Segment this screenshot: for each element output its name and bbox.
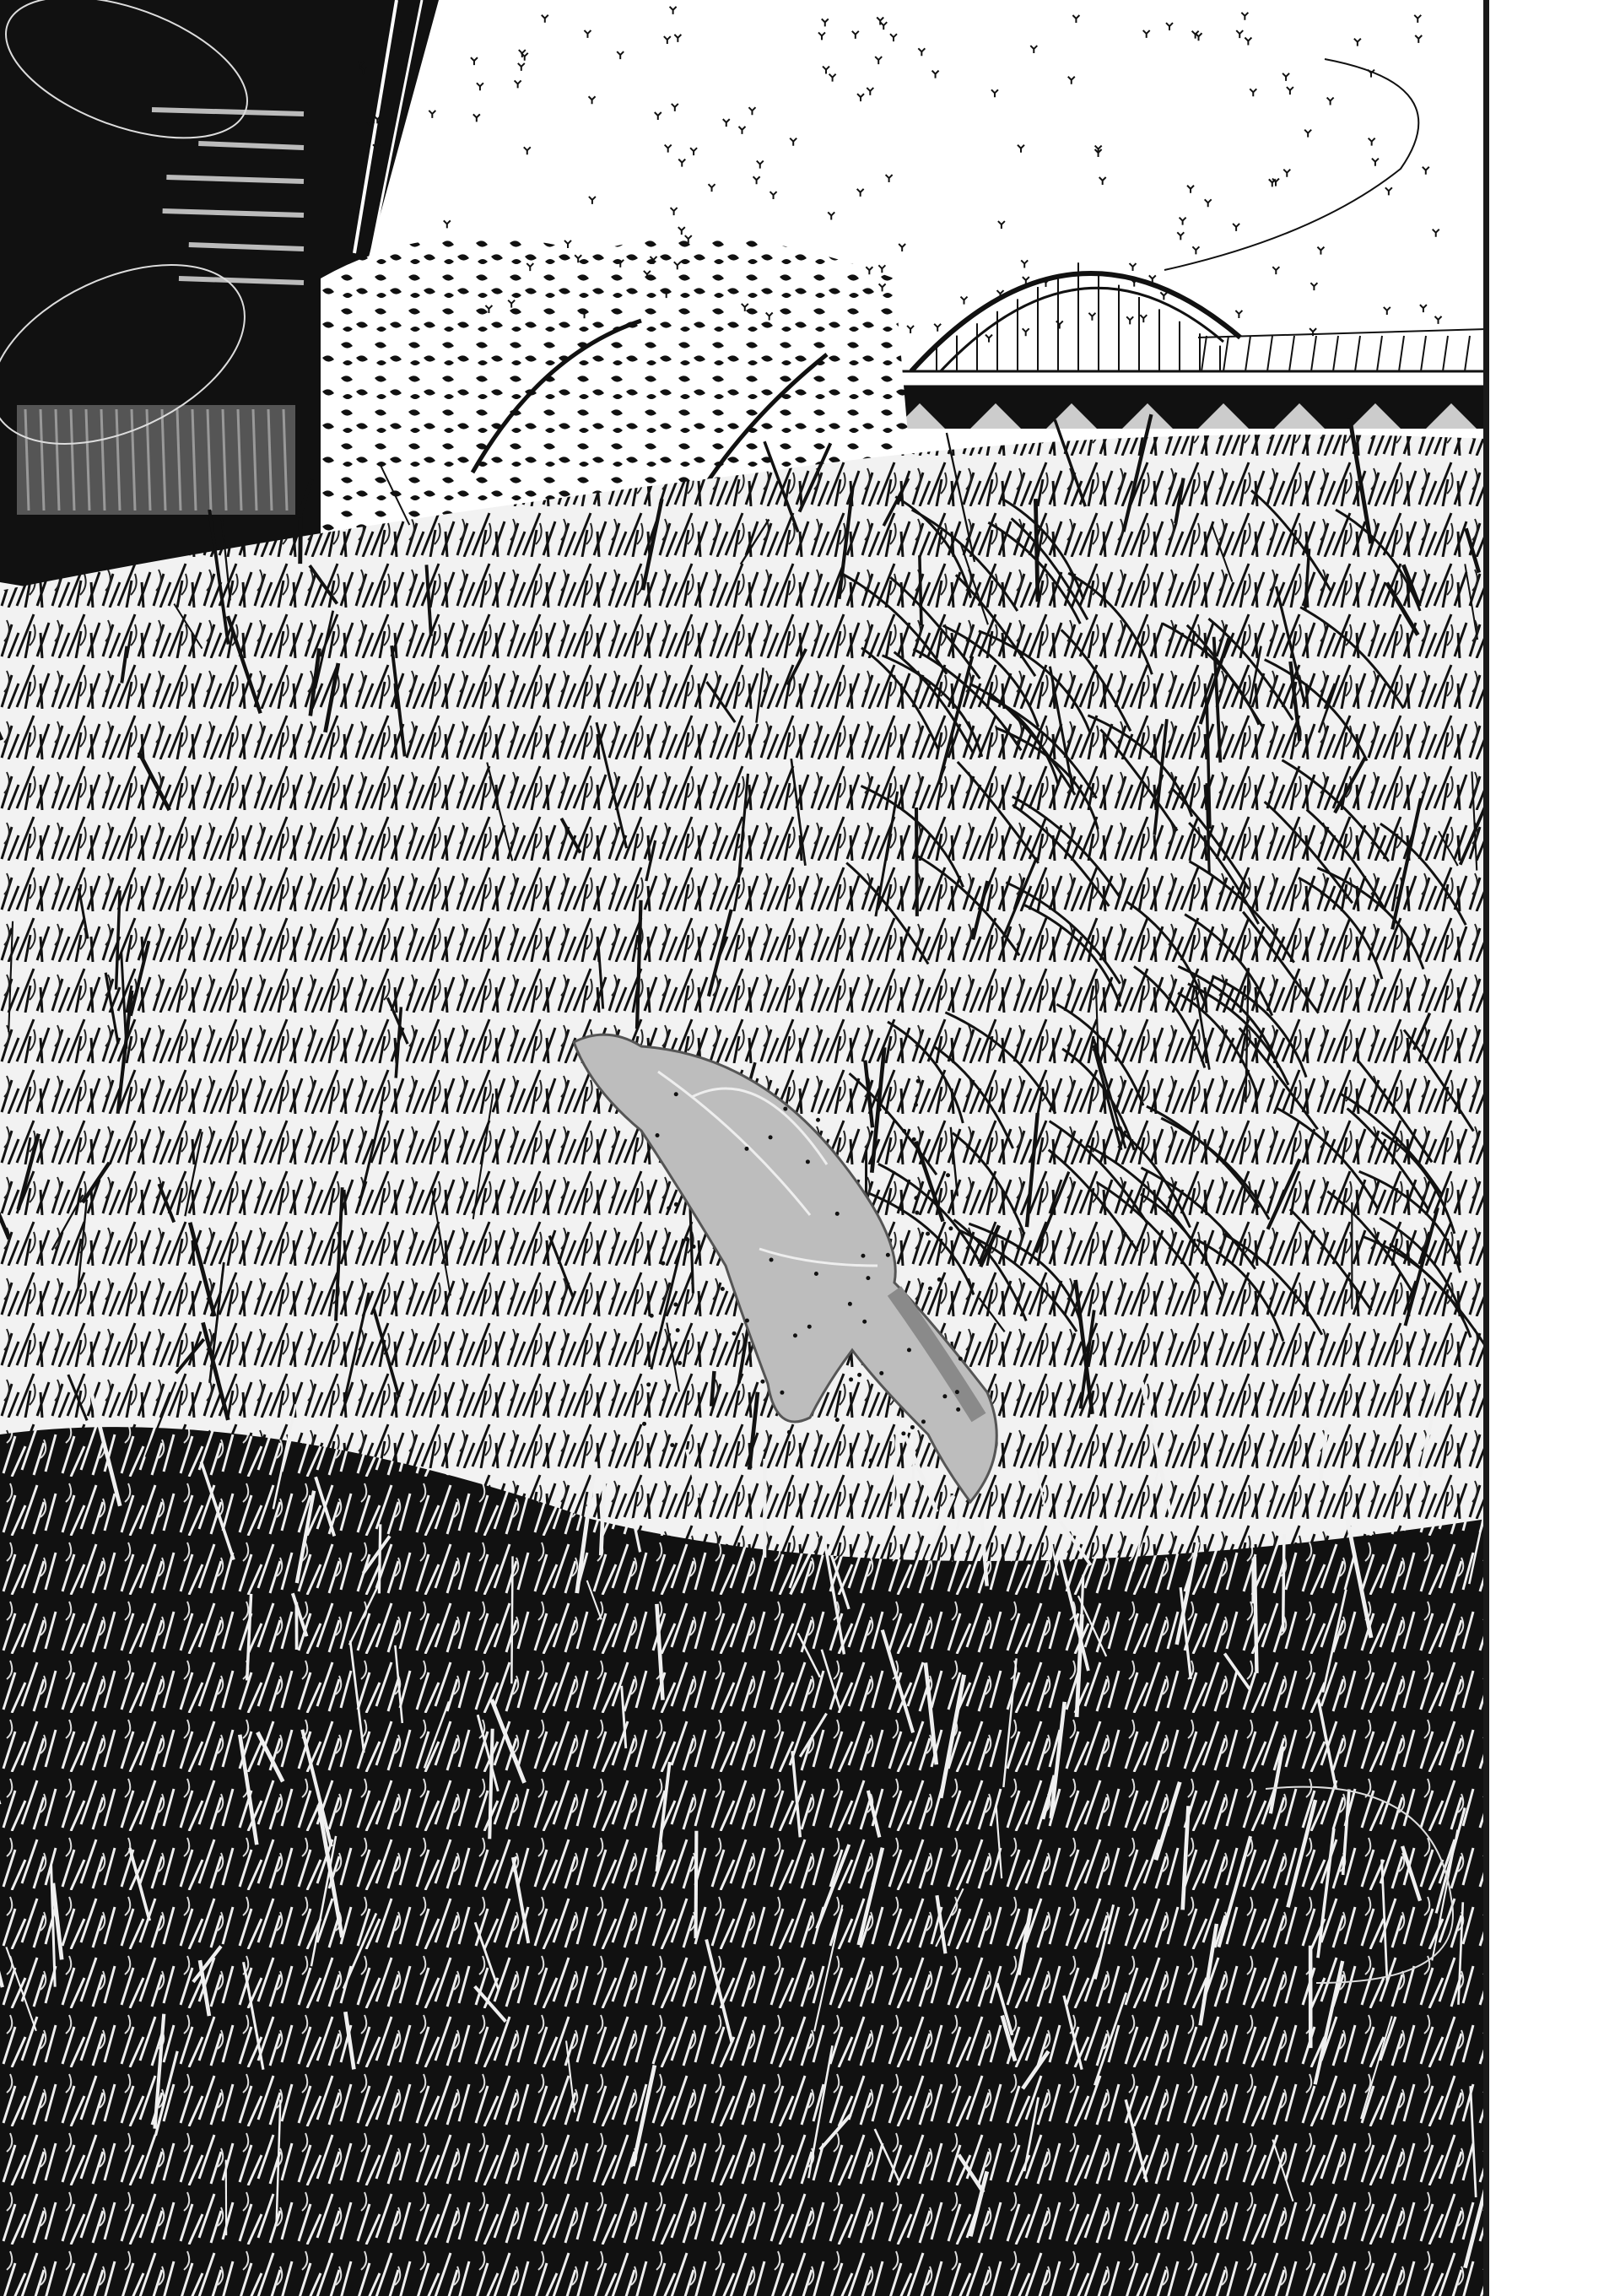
illustration-artwork	[0, 0, 1487, 2296]
panel-border	[1483, 0, 1489, 2296]
manga-page: Full-bleed black-and-white manga panel: …	[0, 0, 1620, 2296]
dark-grass	[0, 1427, 1487, 2296]
illustration-panel	[0, 0, 1487, 2296]
